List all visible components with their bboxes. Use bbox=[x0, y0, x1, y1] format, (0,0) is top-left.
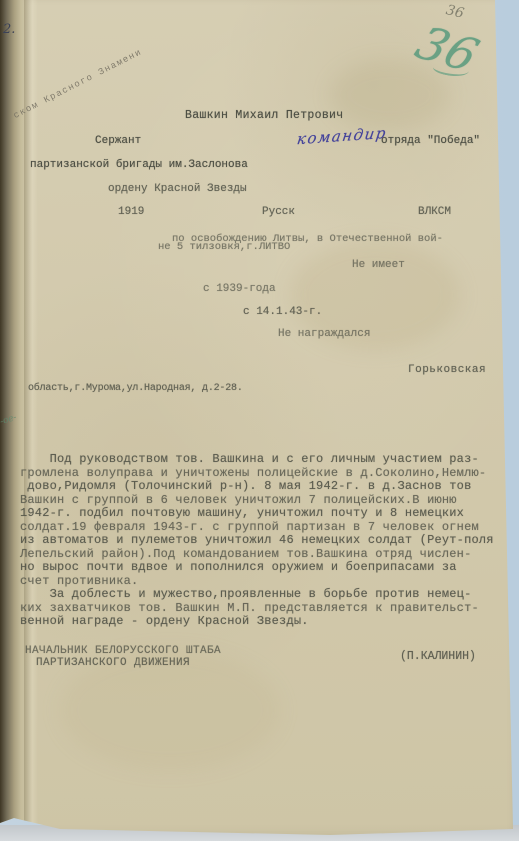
partisan-since-field: с 14.1.43-г. bbox=[243, 306, 322, 318]
citation-line: Лепельский район).Под командованием тов.… bbox=[20, 548, 514, 562]
army-since-field: с 1939-года bbox=[203, 283, 276, 295]
document-page: 2. ском Красного Знамени 36 36 -ое- Вашк… bbox=[0, 0, 519, 841]
citation-line: Вашкин с группой в 6 человек уничтожил 7… bbox=[20, 494, 514, 508]
corner-note: 2. bbox=[3, 22, 15, 37]
citation-line: солдат.19 февраля 1943-г. с группой парт… bbox=[20, 521, 514, 535]
signer-name: (П.КАЛИНИН) bbox=[400, 650, 476, 663]
citation-line: счет противника. bbox=[20, 575, 514, 589]
recipient-name: Вашкин Михаил Петрович bbox=[185, 109, 343, 122]
citation-line: венной награде - ордену Красной Звезды. bbox=[20, 615, 514, 629]
citation-line: За доблесть и мужество,проявленные в бор… bbox=[20, 588, 514, 602]
citation-line: дово,Ридомля (Толочинский р-н). 8 мая 19… bbox=[20, 480, 514, 494]
signer-title-line-1: НАЧАЛЬНИК БЕЛОРУССКОГО ШТАБА bbox=[25, 645, 221, 657]
address-region: Горьковская bbox=[408, 364, 486, 376]
scanned-document: 2. ском Красного Знамени 36 36 -ое- Вашк… bbox=[0, 0, 519, 841]
citation-line: из автоматов и пулеметов уничтожил 46 не… bbox=[20, 534, 514, 548]
address-line: область,г.Мурома,ул.Народная, д.2-28. bbox=[28, 383, 243, 394]
unit-line: партизанской бригады им.Заслонова bbox=[30, 159, 248, 171]
award-line: ордену Красной Звезды bbox=[108, 183, 247, 195]
page-curl-shadow bbox=[24, 0, 38, 841]
nationality: Русск bbox=[262, 206, 295, 218]
party-membership: ВЛКСМ bbox=[418, 206, 451, 218]
page-number-pencil: 36 bbox=[444, 2, 465, 22]
citation-line: 1942-г. подбил почтовую машину, уничтожи… bbox=[20, 507, 514, 521]
position-handwritten: командир bbox=[296, 124, 388, 149]
signer-title-line-2: ПАРТИЗАНСКОГО ДВИЖЕНИЯ bbox=[36, 657, 190, 669]
citation-line: ких захватчиков тов. Вашкин М.П. предста… bbox=[20, 602, 514, 616]
citation-line: но вырос почти вдвое и пополнился оружие… bbox=[20, 561, 514, 575]
birth-year: 1919 bbox=[118, 206, 144, 218]
rank-line: Сержант bbox=[95, 135, 141, 147]
wounds-field: Не имеет bbox=[352, 259, 405, 271]
campaign-line-2: не 5 тилзовкя,г.ЛИТВО bbox=[158, 241, 290, 253]
position-typed: отряда "Победа" bbox=[381, 135, 480, 147]
citation-paragraph: Под руководством тов. Вашкина и с его ли… bbox=[20, 453, 514, 629]
prior-awards-field: Не награждался bbox=[278, 328, 370, 340]
citation-line: Под руководством тов. Вашкина и с его ли… bbox=[20, 453, 514, 467]
citation-line: громлена волуправа и уничтожены полицейс… bbox=[20, 467, 514, 481]
